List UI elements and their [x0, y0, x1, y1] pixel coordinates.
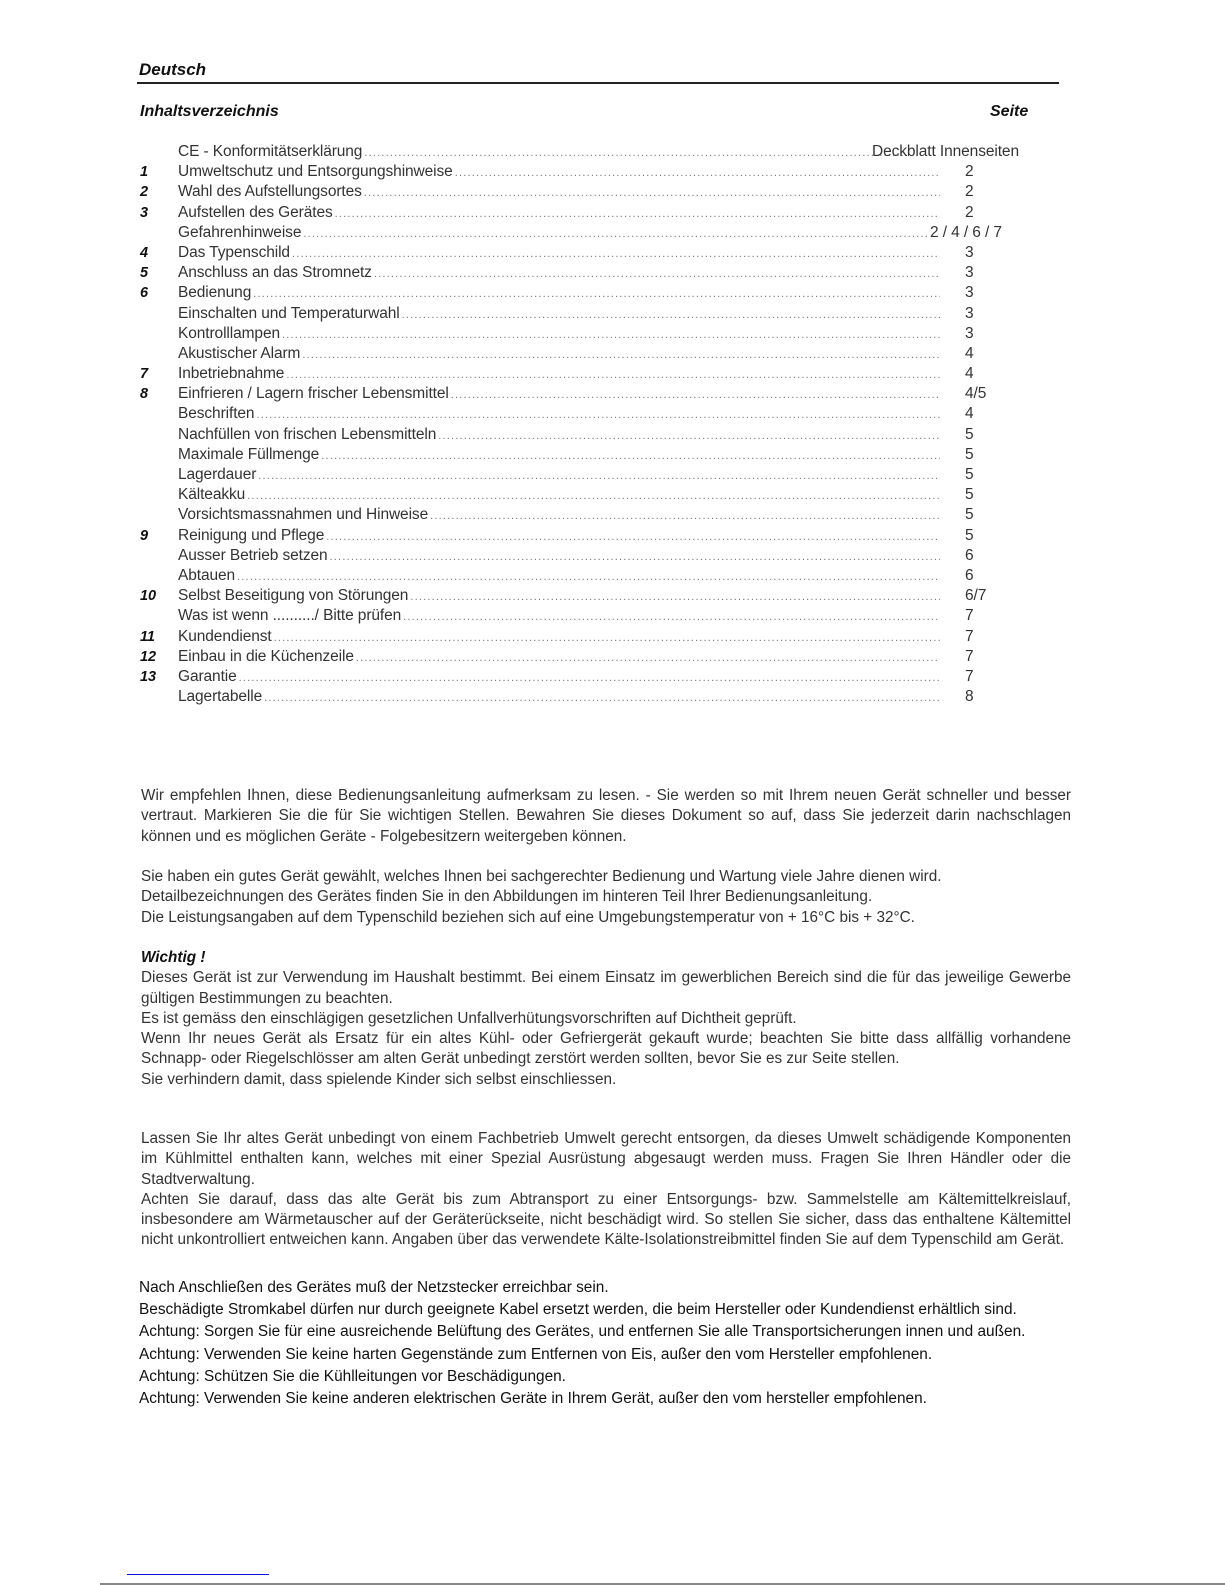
- toc-entry[interactable]: Was ist wenn ........../ Bitte prüfen...…: [140, 607, 1060, 627]
- toc-entry-label-wrap: Abtauen.................................…: [178, 567, 940, 585]
- toc-entry-label: Das Typenschild: [178, 244, 292, 262]
- toc-dot-leader: ........................................…: [247, 490, 940, 502]
- toc-entry-label-wrap: Kundendienst............................…: [178, 628, 940, 646]
- toc-entry-page: 5: [965, 466, 974, 484]
- toc-entry[interactable]: Lagertabelle............................…: [140, 688, 1060, 708]
- toc-entry-number: 12: [140, 649, 170, 665]
- toc-entry-page: 4/5: [965, 385, 986, 403]
- safety-note: Nach Anschließen des Gerätes muß der Net…: [139, 1277, 1094, 1299]
- disposal-paragraph-1: Lassen Sie Ihr altes Gerät unbedingt von…: [141, 1129, 1071, 1190]
- toc-entry-page: 6/7: [965, 587, 986, 605]
- toc-entry-label: Wahl des Aufstellungsortes: [178, 183, 364, 201]
- toc-dot-leader: ........................................…: [264, 692, 940, 704]
- toc-dot-leader: ........................................…: [364, 187, 940, 199]
- toc-dot-leader: ........................................…: [335, 208, 940, 220]
- toc-entry-number: 10: [140, 588, 170, 604]
- toc-entry-label-wrap: Lagerdauer..............................…: [178, 466, 940, 484]
- toc-entry-label-wrap: Einbau in die Küchenzeile...............…: [178, 648, 940, 666]
- toc-dot-leader: ........................................…: [451, 389, 940, 401]
- toc-title: Inhaltsverzeichnis: [140, 103, 279, 121]
- toc-entry-label-wrap: Gefahrenhinweise........................…: [178, 224, 930, 242]
- toc-entry-page: 2: [965, 163, 974, 181]
- toc-entry-label-wrap: CE - Konformitätserklärung..............…: [178, 143, 913, 161]
- toc-entry-page: 7: [965, 648, 974, 666]
- toc-entry[interactable]: Einschalten und Temperaturwahl..........…: [140, 305, 1060, 325]
- toc-entry-label: Reinigung und Pflege: [178, 527, 326, 545]
- toc-entry-page: 5: [965, 486, 974, 504]
- safety-note: Achtung: Verwenden Sie keine anderen ele…: [139, 1388, 1094, 1410]
- intro-section-2: Sie haben ein gutes Gerät gewählt, welch…: [141, 867, 1071, 928]
- toc-entry-label-wrap: Das Typenschild.........................…: [178, 244, 940, 262]
- toc-entry-page: 6: [965, 547, 974, 565]
- toc-entry-label-wrap: Umweltschutz und Entsorgungshinweise....…: [178, 163, 940, 181]
- toc-entry[interactable]: Kälteakku...............................…: [140, 486, 1060, 506]
- toc-entry-number: 9: [140, 528, 170, 544]
- intro-paragraph-1: Wir empfehlen Ihnen, diese Bedienungsanl…: [141, 786, 1071, 847]
- disposal-section: Lassen Sie Ihr altes Gerät unbedingt von…: [141, 1129, 1071, 1251]
- header-divider: [137, 82, 1059, 84]
- toc-entry-page: 5: [965, 506, 974, 524]
- toc-entry-label-wrap: Anschluss an das Stromnetz..............…: [178, 264, 940, 282]
- toc-entry-number: 13: [140, 669, 170, 685]
- toc-entry-page: 3: [965, 264, 974, 282]
- toc-entry-label-wrap: Was ist wenn ........../ Bitte prüfen...…: [178, 607, 940, 625]
- toc-entry-label-wrap: Inbetriebnahme..........................…: [178, 365, 940, 383]
- toc-dot-leader: ........................................…: [258, 470, 940, 482]
- toc-dot-leader: ........................................…: [292, 248, 940, 260]
- language-header: Deutsch: [139, 60, 206, 80]
- toc-dot-leader: ........................................…: [410, 591, 940, 603]
- toc-entry-label-wrap: Einschalten und Temperaturwahl..........…: [178, 305, 940, 323]
- toc-entry[interactable]: Maximale Füllmenge......................…: [140, 446, 1060, 466]
- toc-dot-leader: ........................................…: [330, 551, 940, 563]
- footer-link-underline[interactable]: [127, 1574, 269, 1575]
- toc-entry-label-wrap: Reinigung und Pflege....................…: [178, 527, 940, 545]
- toc-entry[interactable]: 6Bedienung..............................…: [140, 284, 1060, 304]
- toc-entry-label: Beschriften: [178, 405, 256, 423]
- toc-entry-page: 3: [965, 244, 974, 262]
- toc-entry[interactable]: Lagerdauer..............................…: [140, 466, 1060, 486]
- toc-entry-label: Maximale Füllmenge: [178, 446, 321, 464]
- toc-entry-page: 7: [965, 628, 974, 646]
- toc-entry-label: Lagertabelle: [178, 688, 264, 706]
- safety-notes: Nach Anschließen des Gerätes muß der Net…: [139, 1277, 1094, 1410]
- toc-entry-label: Einbau in die Küchenzeile: [178, 648, 356, 666]
- toc-entry-number: 2: [140, 184, 170, 200]
- toc-dot-leader: ........................................…: [438, 430, 940, 442]
- toc-dot-leader: ........................................…: [403, 611, 940, 623]
- toc-entry-page: 2: [965, 183, 974, 201]
- toc-entry-number: 8: [140, 386, 170, 402]
- toc-entry-number: 4: [140, 245, 170, 261]
- toc-entry-label-wrap: Kälteakku...............................…: [178, 486, 940, 504]
- document-page: Deutsch Inhaltsverzeichnis Seite CE - Ko…: [0, 0, 1225, 1585]
- toc-entry-label: Lagerdauer: [178, 466, 258, 484]
- toc-entry[interactable]: Beschriften.............................…: [140, 405, 1060, 425]
- toc-entry-page: 4: [965, 345, 974, 363]
- toc-dot-leader: ........................................…: [303, 228, 930, 240]
- toc-entry-label: Umweltschutz und Entsorgungshinweise: [178, 163, 455, 181]
- safety-note: Achtung: Schützen Sie die Kühlleitungen …: [139, 1366, 1094, 1388]
- toc-entry-label-wrap: Garantie................................…: [178, 668, 940, 686]
- important-paragraph-3: Wenn Ihr neues Gerät als Ersatz für ein …: [141, 1029, 1071, 1070]
- toc-dot-leader: ........................................…: [326, 531, 940, 543]
- toc-entry-page: 7: [965, 668, 974, 686]
- toc-dot-leader: ........................................…: [253, 288, 940, 300]
- toc-entry-page: 4: [965, 365, 974, 383]
- toc-entry-label: Bedienung: [178, 284, 253, 302]
- toc-entry-page: 5: [965, 446, 974, 464]
- table-of-contents: CE - Konformitätserklärung..............…: [140, 143, 1060, 708]
- toc-entry[interactable]: Ausser Betrieb setzen...................…: [140, 547, 1060, 567]
- toc-entry[interactable]: Abtauen.................................…: [140, 567, 1060, 587]
- toc-dot-leader: ........................................…: [302, 349, 940, 361]
- toc-entry-page: 2: [965, 204, 974, 222]
- toc-entry[interactable]: 2Wahl des Aufstellungsortes.............…: [140, 183, 1060, 203]
- toc-entry-label: Inbetriebnahme: [178, 365, 286, 383]
- toc-entry-label: Anschluss an das Stromnetz: [178, 264, 374, 282]
- toc-entry-label: Ausser Betrieb setzen: [178, 547, 330, 565]
- toc-entry-label: Kontrolllampen: [178, 325, 282, 343]
- toc-entry-page: 5: [965, 426, 974, 444]
- toc-entry-number: 3: [140, 205, 170, 221]
- toc-dot-leader: ........................................…: [321, 450, 940, 462]
- toc-entry-label-wrap: Beschriften.............................…: [178, 405, 940, 423]
- toc-entry-label-wrap: Selbst Beseitigung von Störungen........…: [178, 587, 940, 605]
- toc-entry[interactable]: Vorsichtsmassnahmen und Hinweise........…: [140, 506, 1060, 526]
- toc-dot-leader: ........................................…: [237, 571, 940, 583]
- toc-entry[interactable]: 13Garantie..............................…: [140, 668, 1060, 688]
- toc-entry-label: Selbst Beseitigung von Störungen: [178, 587, 410, 605]
- toc-dot-leader: ........................................…: [430, 510, 940, 522]
- toc-entry-number: 1: [140, 164, 170, 180]
- toc-page-column-heading: Seite: [990, 103, 1028, 121]
- toc-dot-leader: ........................................…: [364, 147, 913, 159]
- toc-entry-label: Kälteakku: [178, 486, 247, 504]
- toc-entry[interactable]: 9Reinigung und Pflege...................…: [140, 527, 1060, 547]
- toc-entry-label: Kundendienst: [178, 628, 274, 646]
- toc-entry[interactable]: 5Anschluss an das Stromnetz.............…: [140, 264, 1060, 284]
- toc-entry[interactable]: CE - Konformitätserklärung..............…: [140, 143, 1060, 163]
- toc-dot-leader: ........................................…: [282, 329, 940, 341]
- toc-entry[interactable]: 3Aufstellen des Gerätes.................…: [140, 204, 1060, 224]
- toc-dot-leader: ........................................…: [274, 632, 940, 644]
- intro-line-3: Die Leistungsangaben auf dem Typenschild…: [141, 908, 1071, 928]
- toc-entry-label-wrap: Aufstellen des Gerätes..................…: [178, 204, 940, 222]
- important-paragraph-2: Es ist gemäss den einschlägigen gesetzli…: [141, 1009, 1071, 1029]
- toc-entry-label: Was ist wenn ........../ Bitte prüfen: [178, 607, 403, 625]
- toc-entry-label: Einschalten und Temperaturwahl: [178, 305, 402, 323]
- important-paragraph-1: Dieses Gerät ist zur Verwendung im Haush…: [141, 968, 1071, 1009]
- toc-entry-label-wrap: Ausser Betrieb setzen...................…: [178, 547, 940, 565]
- toc-dot-leader: ........................................…: [374, 268, 940, 280]
- important-section: Wichtig ! Dieses Gerät ist zur Verwendun…: [141, 948, 1071, 1090]
- toc-entry-label-wrap: Wahl des Aufstellungsortes..............…: [178, 183, 940, 201]
- safety-note: Achtung: Sorgen Sie für eine ausreichend…: [139, 1321, 1094, 1343]
- toc-entry-page: 4: [965, 405, 974, 423]
- toc-entry-page: 2 / 4 / 6 / 7: [930, 224, 1002, 242]
- toc-entry-label-wrap: Kontrolllampen..........................…: [178, 325, 940, 343]
- toc-entry-page: 3: [965, 284, 974, 302]
- toc-entry-page: 5: [965, 527, 974, 545]
- important-paragraph-4: Sie verhindern damit, dass spielende Kin…: [141, 1070, 1071, 1090]
- toc-entry[interactable]: Akustischer Alarm.......................…: [140, 345, 1060, 365]
- toc-entry-label: Einfrieren / Lagern frischer Lebensmitte…: [178, 385, 451, 403]
- toc-entry-label: Akustischer Alarm: [178, 345, 302, 363]
- intro-section: Wir empfehlen Ihnen, diese Bedienungsanl…: [141, 786, 1071, 847]
- toc-entry-label: Aufstellen des Gerätes: [178, 204, 335, 222]
- toc-dot-leader: ........................................…: [256, 409, 940, 421]
- toc-entry-page: 3: [965, 325, 974, 343]
- safety-note: Beschädigte Stromkabel dürfen nur durch …: [139, 1299, 1094, 1321]
- toc-entry-page: 7: [965, 607, 974, 625]
- toc-entry-page: Deckblatt Innenseiten: [872, 143, 1019, 161]
- toc-entry[interactable]: Kontrolllampen..........................…: [140, 325, 1060, 345]
- toc-entry-label: Abtauen: [178, 567, 237, 585]
- toc-dot-leader: ........................................…: [402, 309, 940, 321]
- toc-entry-label: CE - Konformitätserklärung: [178, 143, 364, 161]
- toc-entry[interactable]: Gefahrenhinweise........................…: [140, 224, 1060, 244]
- toc-entry[interactable]: 1Umweltschutz und Entsorgungshinweise...…: [140, 163, 1060, 183]
- toc-dot-leader: ........................................…: [356, 652, 940, 664]
- toc-entry-page: 6: [965, 567, 974, 585]
- toc-entry-label: Nachfüllen von frischen Lebensmitteln: [178, 426, 438, 444]
- toc-entry-label-wrap: Einfrieren / Lagern frischer Lebensmitte…: [178, 385, 940, 403]
- toc-entry-label-wrap: Bedienung...............................…: [178, 284, 940, 302]
- intro-line-2: Detailbezeichnungen des Gerätes finden S…: [141, 887, 1071, 907]
- toc-entry-page: 8: [965, 688, 974, 706]
- toc-dot-leader: ........................................…: [455, 167, 940, 179]
- toc-entry-label-wrap: Nachfüllen von frischen Lebensmitteln...…: [178, 426, 940, 444]
- toc-entry-label-wrap: Akustischer Alarm.......................…: [178, 345, 940, 363]
- toc-entry-number: 7: [140, 366, 170, 382]
- toc-entry[interactable]: Nachfüllen von frischen Lebensmitteln...…: [140, 426, 1060, 446]
- toc-entry-label: Garantie: [178, 668, 239, 686]
- toc-entry-label: Vorsichtsmassnahmen und Hinweise: [178, 506, 430, 524]
- toc-entry[interactable]: 10Selbst Beseitigung von Störungen......…: [140, 587, 1060, 607]
- toc-entry-page: 3: [965, 305, 974, 323]
- toc-entry-label-wrap: Lagertabelle............................…: [178, 688, 940, 706]
- toc-entry[interactable]: 11Kundendienst..........................…: [140, 628, 1060, 648]
- toc-entry[interactable]: 4Das Typenschild........................…: [140, 244, 1060, 264]
- safety-note: Achtung: Verwenden Sie keine harten Gege…: [139, 1344, 1094, 1366]
- toc-entry-label: Gefahrenhinweise: [178, 224, 303, 242]
- toc-dot-leader: ........................................…: [286, 369, 940, 381]
- toc-dot-leader: ........................................…: [239, 672, 940, 684]
- toc-entry[interactable]: 7Inbetriebnahme.........................…: [140, 365, 1060, 385]
- toc-entry[interactable]: 12Einbau in die Küchenzeile.............…: [140, 648, 1060, 668]
- toc-entry[interactable]: 8Einfrieren / Lagern frischer Lebensmitt…: [140, 385, 1060, 405]
- disposal-paragraph-2: Achten Sie darauf, dass das alte Gerät b…: [141, 1190, 1071, 1251]
- important-heading: Wichtig !: [141, 948, 1071, 968]
- toc-entry-label-wrap: Vorsichtsmassnahmen und Hinweise........…: [178, 506, 940, 524]
- toc-entry-label-wrap: Maximale Füllmenge......................…: [178, 446, 940, 464]
- intro-line-1: Sie haben ein gutes Gerät gewählt, welch…: [141, 867, 1071, 887]
- toc-entry-number: 11: [140, 629, 170, 645]
- toc-entry-number: 5: [140, 265, 170, 281]
- toc-entry-number: 6: [140, 285, 170, 301]
